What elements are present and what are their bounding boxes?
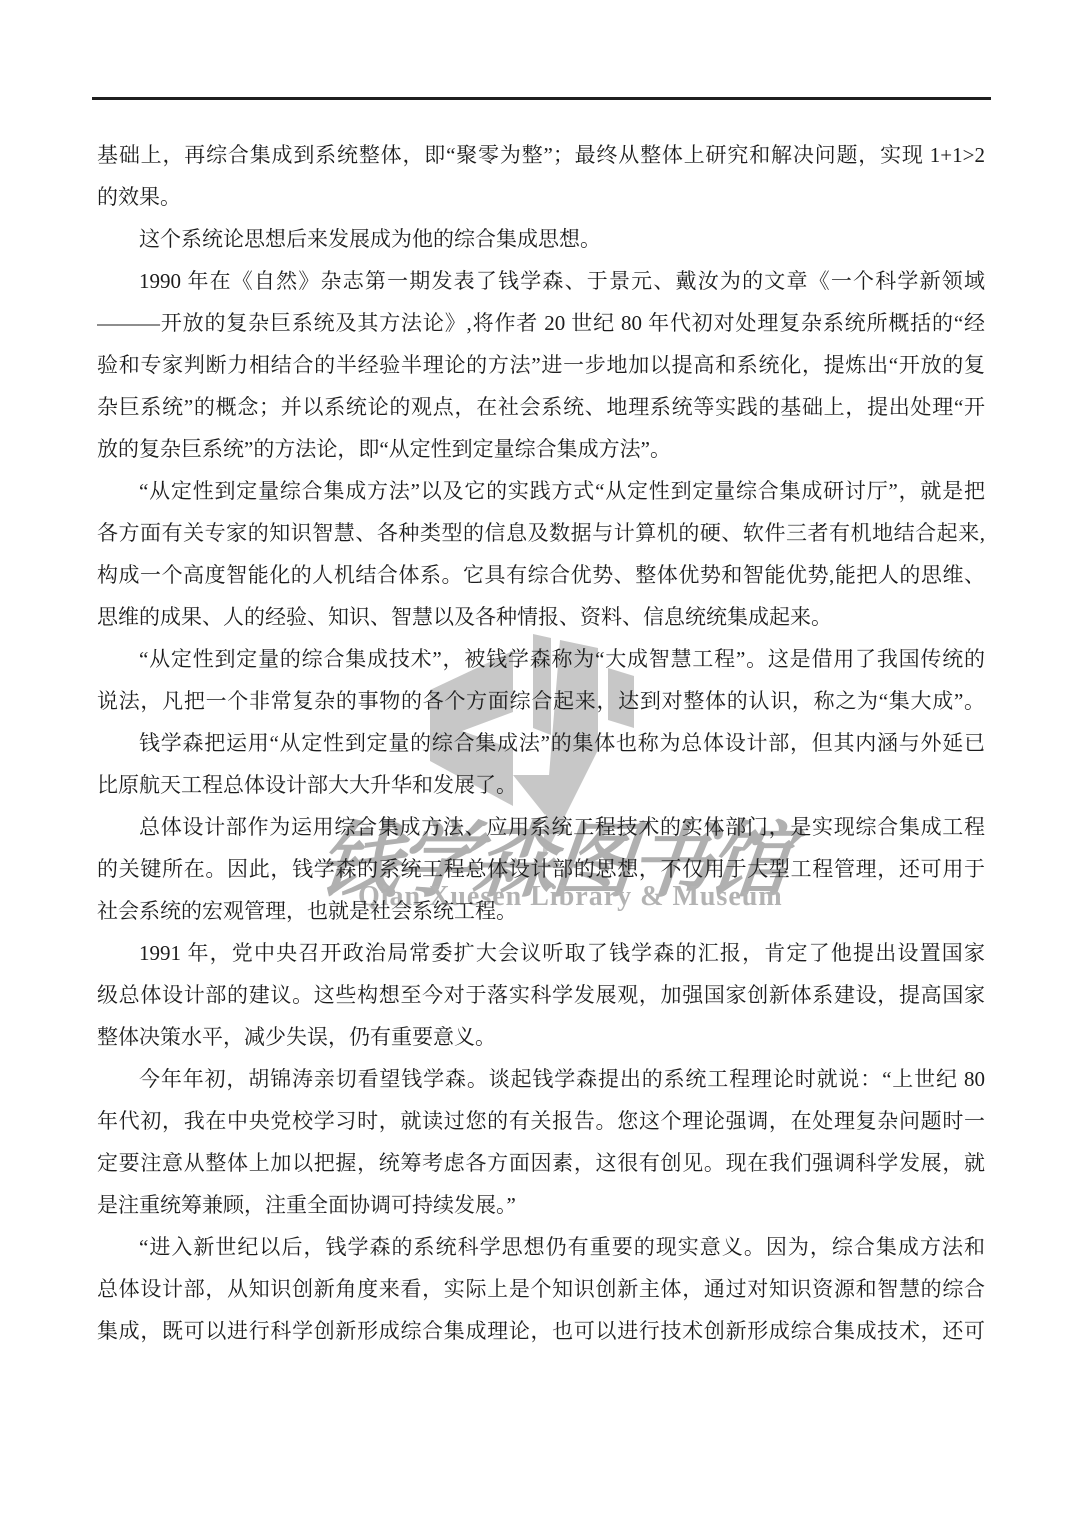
text-line: 整体决策水平，减少失误，仍有重要意义。 (97, 1016, 985, 1058)
text-line: 钱学森把运用“从定性到定量的综合集成法”的集体也称为总体设计部，但其内涵与外延已 (97, 722, 985, 764)
text-line: 验和专家判断力相结合的半经验半理论的方法”进一步地加以提高和系统化，提炼出“开放… (97, 344, 985, 386)
text-line: 总体设计部，从知识创新角度来看，实际上是个知识创新主体，通过对知识资源和智慧的综… (97, 1268, 985, 1310)
text-line: 年代初，我在中央党校学习时，就读过您的有关报告。您这个理论强调，在处理复杂问题时… (97, 1100, 985, 1142)
text-line: ———开放的复杂巨系统及其方法论》,将作者 20 世纪 80 年代初对处理复杂系… (97, 302, 985, 344)
text-line: 杂巨系统”的概念；并以系统论的观点，在社会系统、地理系统等实践的基础上，提出处理… (97, 386, 985, 428)
body-text: 基础上，再综合集成到系统整体，即“聚零为整”；最终从整体上研究和解决问题，实现 … (97, 134, 985, 1352)
text-line: 各方面有关专家的知识智慧、各种类型的信息及数据与计算机的硬、软件三者有机地结合起… (97, 512, 985, 554)
text-line: 的效果。 (97, 176, 985, 218)
text-line: 总体设计部作为运用综合集成方法、应用系统工程技术的实体部门，是实现综合集成工程 (97, 806, 985, 848)
text-line: 今年年初，胡锦涛亲切看望钱学森。谈起钱学森提出的系统工程理论时就说：“上世纪 8… (97, 1058, 985, 1100)
text-line: 的关键所在。因此，钱学森的系统工程总体设计部的思想，不仅用于大型工程管理，还可用… (97, 848, 985, 890)
text-line: 是注重统筹兼顾，注重全面协调可持续发展。” (97, 1184, 985, 1226)
text-line: 思维的成果、人的经验、知识、智慧以及各种情报、资料、信息统统集成起来。 (97, 596, 985, 638)
text-line: 集成，既可以进行科学创新形成综合集成理论，也可以进行技术创新形成综合集成技术，还… (97, 1310, 985, 1352)
text-line: 构成一个高度智能化的人机结合体系。它具有综合优势、整体优势和智能优势,能把人的思… (97, 554, 985, 596)
text-line: 定要注意从整体上加以把握，统筹考虑各方面因素，这很有创见。现在我们强调科学发展，… (97, 1142, 985, 1184)
text-line: 说法，凡把一个非常复杂的事物的各个方面综合起来，达到对整体的认识，称之为“集大成… (97, 680, 985, 722)
document-page: 钱学森图书馆 Qian Xuesen Library & Museum 基础上，… (0, 0, 1074, 1520)
text-line: 基础上，再综合集成到系统整体，即“聚零为整”；最终从整体上研究和解决问题，实现 … (97, 134, 985, 176)
text-line: 比原航天工程总体设计部大大升华和发展了。 (97, 764, 985, 806)
header-rule (92, 97, 991, 100)
text-line: 级总体设计部的建议。这些构想至今对于落实科学发展观，加强国家创新体系建设，提高国… (97, 974, 985, 1016)
text-line: 1991 年，党中央召开政治局常委扩大会议听取了钱学森的汇报，肯定了他提出设置国… (97, 932, 985, 974)
text-line: 这个系统论思想后来发展成为他的综合集成思想。 (97, 218, 985, 260)
text-line: 社会系统的宏观管理，也就是社会系统工程。 (97, 890, 985, 932)
text-line: 1990 年在《自然》杂志第一期发表了钱学森、于景元、戴汝为的文章《一个科学新领… (97, 260, 985, 302)
text-line: “从定性到定量综合集成方法”以及它的实践方式“从定性到定量综合集成研讨厅”，就是… (97, 470, 985, 512)
text-line: “进入新世纪以后，钱学森的系统科学思想仍有重要的现实意义。因为，综合集成方法和 (97, 1226, 985, 1268)
text-line: 放的复杂巨系统”的方法论，即“从定性到定量综合集成方法”。 (97, 428, 985, 470)
text-line: “从定性到定量的综合集成技术”，被钱学森称为“大成智慧工程”。这是借用了我国传统… (97, 638, 985, 680)
